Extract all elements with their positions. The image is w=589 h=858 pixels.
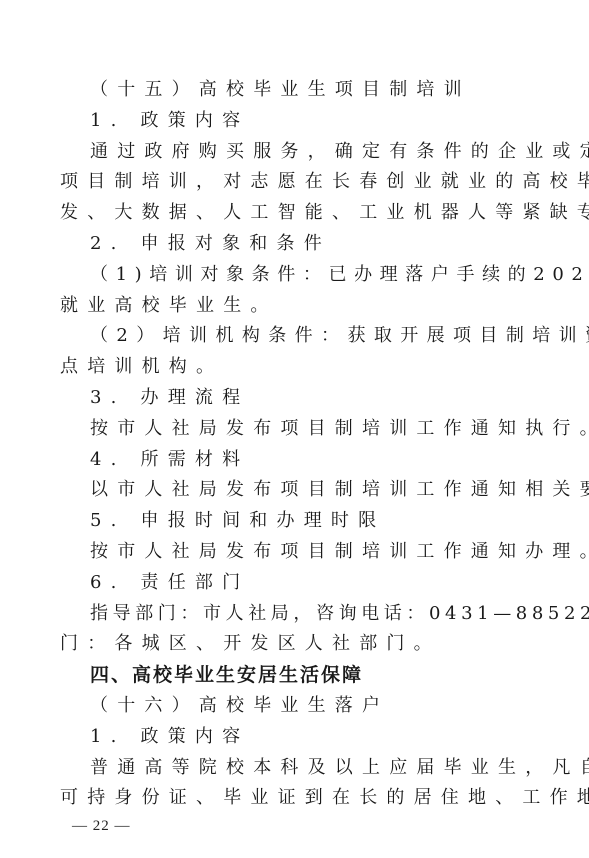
paragraph-line: 点培训机构。	[60, 352, 223, 382]
paragraph-line: 项目制培训，对志愿在长春创业就业的高校毕业生，进行软件开	[60, 167, 589, 197]
subheading-policy-content: 1. 政策内容	[90, 722, 249, 752]
paragraph-line: 普通高等院校本科及以上应届毕业生，凡自愿落户长春的，	[90, 753, 589, 783]
paragraph-line: （1)培训对象条件：已办理落户手续的2020年度毕业的未	[90, 260, 589, 290]
chapter-heading-4: 四、高校毕业生安居生活保障	[90, 660, 363, 690]
paragraph-line: 以市人社局发布项目制培训工作通知相关要求为准。	[90, 475, 589, 505]
paragraph-line: 通过政府购买服务，确定有条件的企业或定点培训机构开展	[90, 137, 589, 167]
subheading-applicants: 2. 申报对象和条件	[90, 229, 331, 259]
section-heading-15: （十五）高校毕业生项目制培训	[90, 75, 471, 105]
paragraph-line: 门：各城区、开发区人社部门。	[60, 629, 441, 659]
paragraph-line: 就业高校毕业生。	[60, 291, 278, 321]
subheading-process: 3. 办理流程	[90, 383, 249, 413]
subheading-policy-content: 1. 政策内容	[90, 106, 249, 136]
section-heading-16: （十六）高校毕业生落户	[90, 691, 389, 721]
paragraph-line: （2）培训机构条件：获取开展项目制培训资质的企业或定	[90, 321, 589, 351]
paragraph-line: 按市人社局发布项目制培训工作通知办理。	[90, 537, 589, 567]
subheading-department: 6. 责任部门	[90, 568, 249, 598]
paragraph-line: 可持身份证、毕业证到在长的居住地、工作地或档案保管地派出	[60, 783, 589, 813]
subheading-materials: 4. 所需材料	[90, 445, 249, 475]
paragraph-line: 指导部门：市人社局，咨询电话：0431—88522559，受理部	[90, 599, 589, 629]
page-number: — 22 —	[72, 814, 131, 838]
paragraph-line: 按市人社局发布项目制培训工作通知执行。	[90, 414, 589, 444]
subheading-time-limit: 5. 申报时间和办理时限	[90, 506, 385, 536]
paragraph-line: 发、大数据、人工智能、工业机器人等紧缺专业人才培训。	[60, 198, 589, 228]
